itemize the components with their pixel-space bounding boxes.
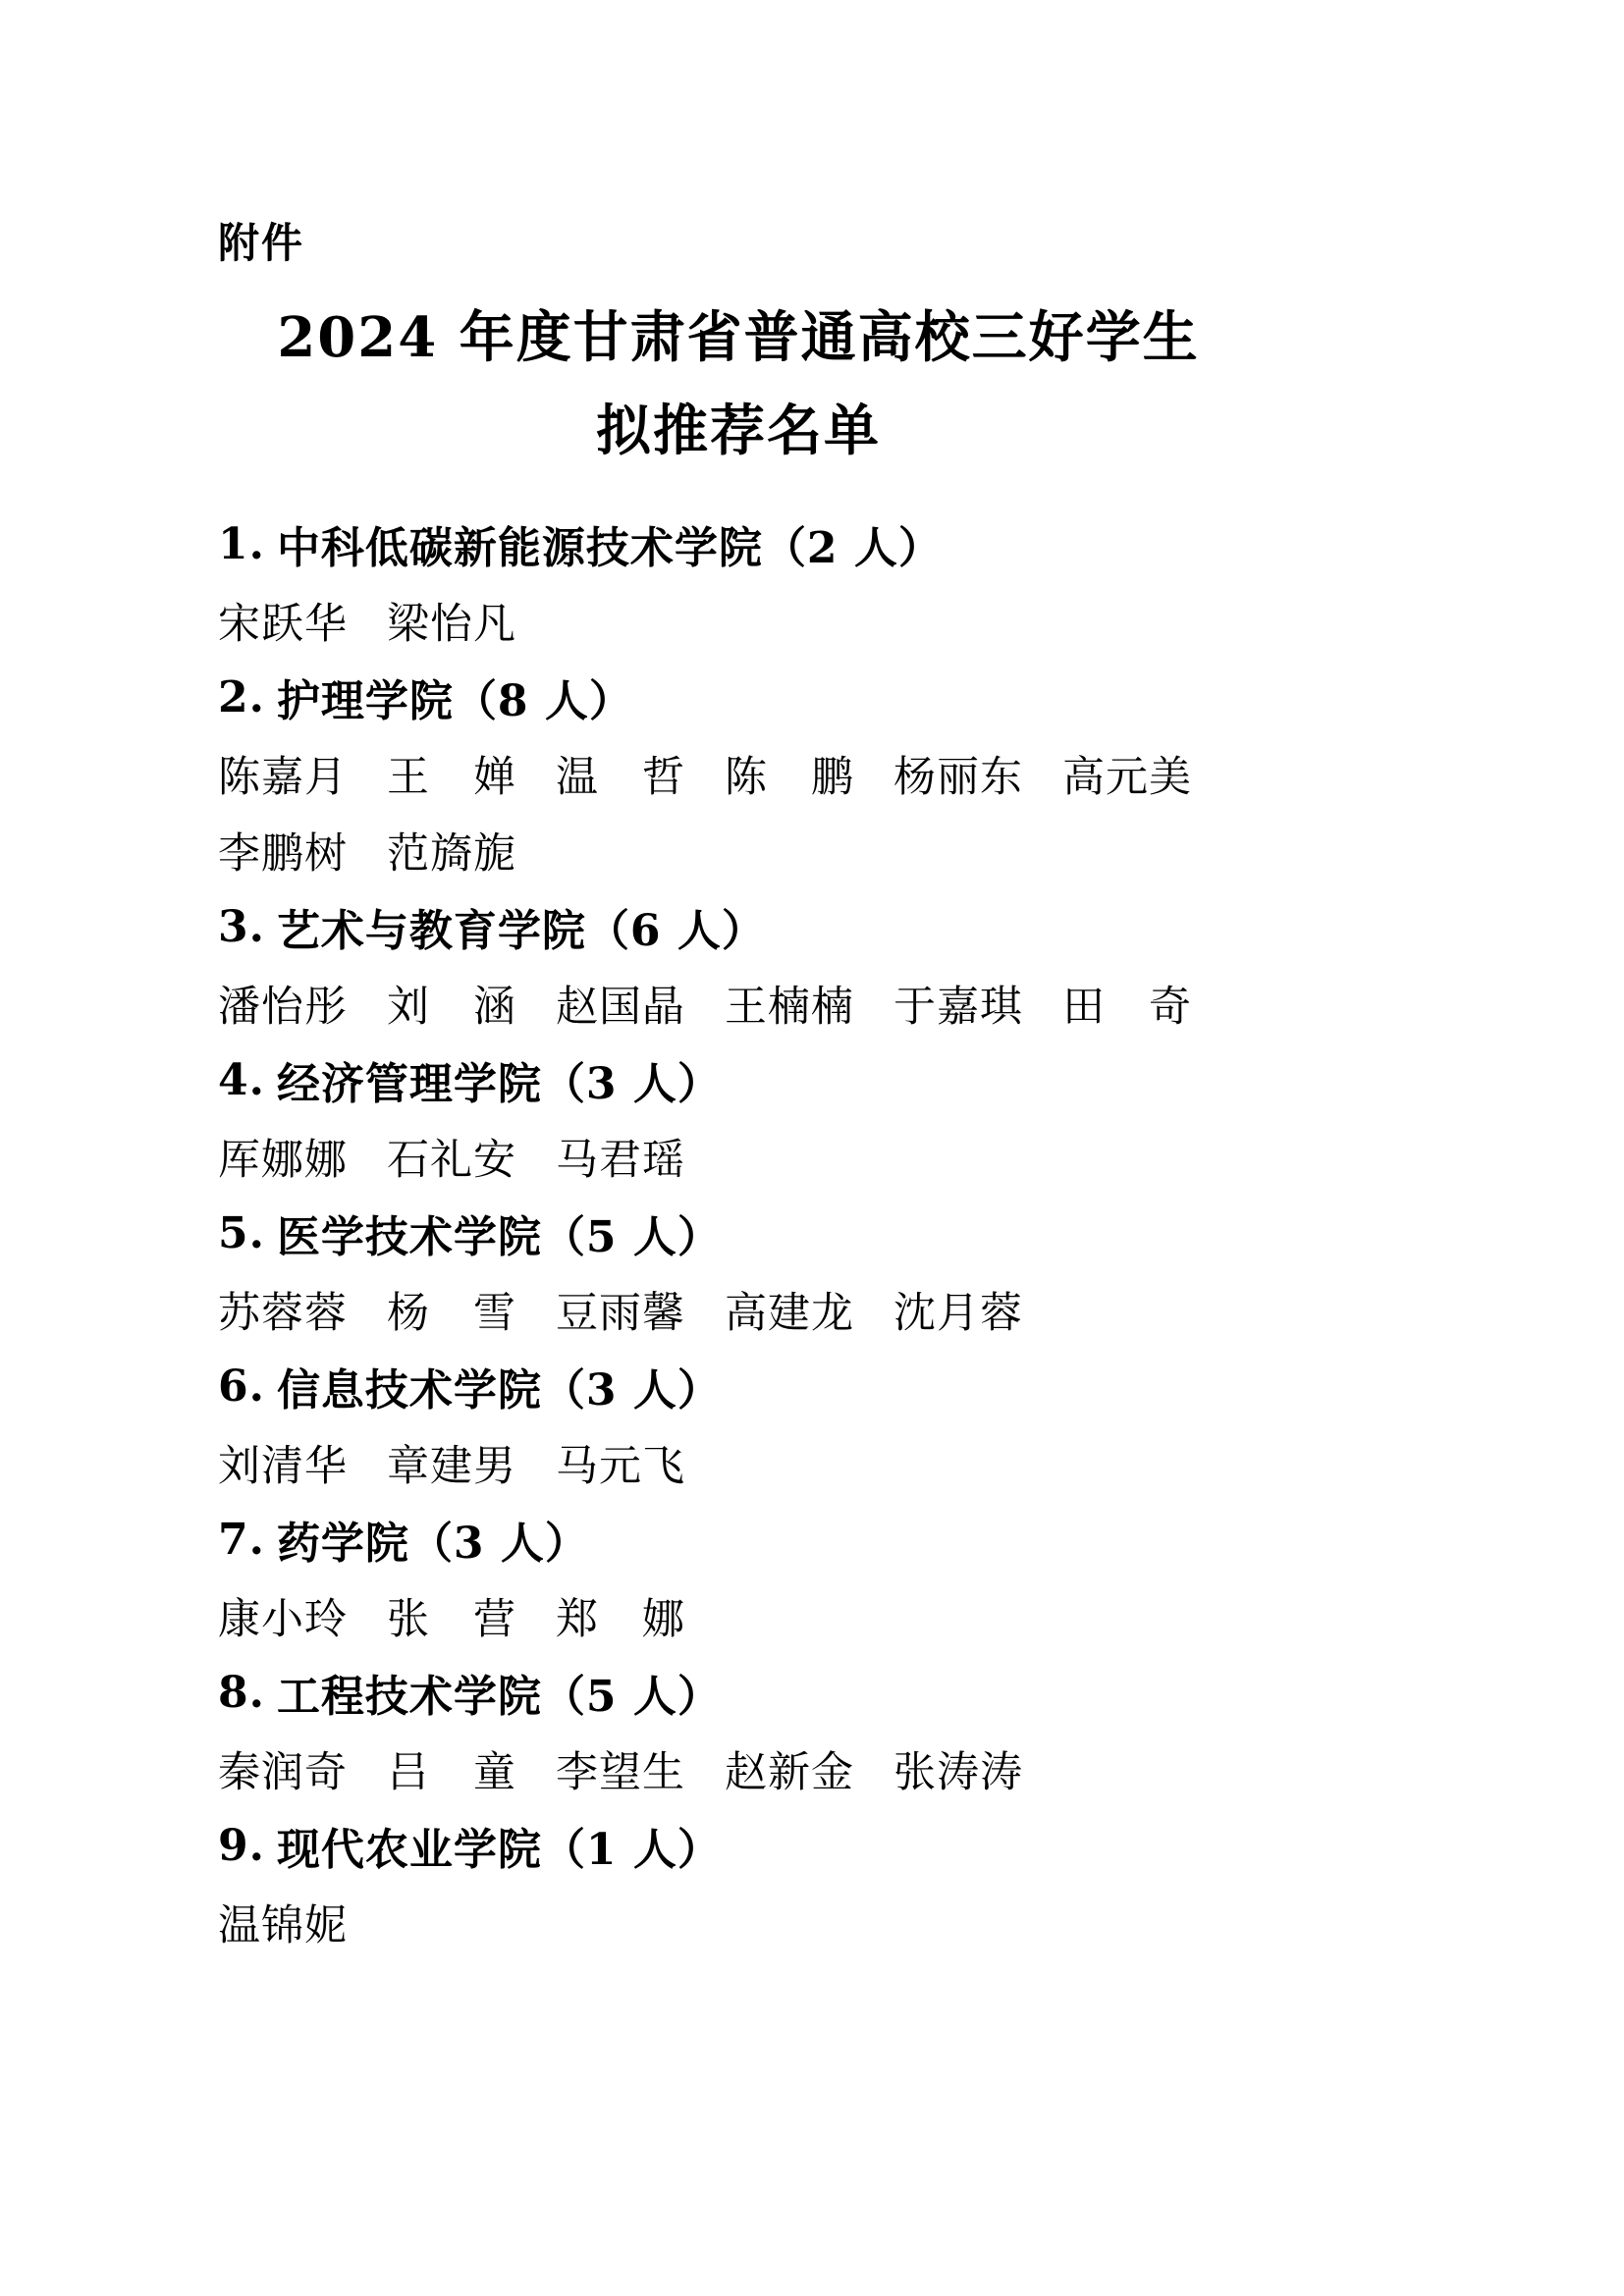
student-name: 郑 娜 bbox=[556, 1586, 685, 1646]
section-name: 医学技术学院 bbox=[277, 1201, 542, 1264]
student-name: 李望生 bbox=[556, 1739, 685, 1799]
student-name: 赵新金 bbox=[725, 1739, 854, 1799]
student-name: 杨丽东 bbox=[893, 744, 1023, 804]
section-name: 现代农业学院 bbox=[277, 1814, 542, 1877]
section-number: 9. bbox=[218, 1821, 265, 1871]
section-name: 信息技术学院 bbox=[277, 1355, 542, 1417]
section-count: （6 人） bbox=[586, 895, 766, 958]
student-name: 梁怡凡 bbox=[387, 591, 516, 651]
student-name: 赵国晶 bbox=[556, 974, 685, 1034]
student-name: 吕 童 bbox=[387, 1739, 516, 1799]
student-name: 刘清华 bbox=[218, 1433, 348, 1493]
section-number: 1. bbox=[218, 519, 265, 569]
student-name: 张涛涛 bbox=[893, 1739, 1023, 1799]
section: 8.工程技术学院（5 人）秦润奇吕 童李望生赵新金张涛涛 bbox=[218, 1654, 1463, 1807]
student-name: 王楠楠 bbox=[725, 974, 854, 1034]
section-header: 7.药学院（3 人） bbox=[218, 1501, 1463, 1577]
section-header: 9.现代农业学院（1 人） bbox=[218, 1807, 1463, 1884]
student-name: 王 婵 bbox=[387, 744, 516, 804]
student-name-row: 秦润奇吕 童李望生赵新金张涛涛 bbox=[218, 1731, 1463, 1807]
section: 5.医学技术学院（5 人）苏蓉蓉杨 雪豆雨馨高建龙沈月蓉 bbox=[218, 1195, 1463, 1348]
section: 4.经济管理学院（3 人）厍娜娜石礼安马君瑶 bbox=[218, 1041, 1463, 1195]
student-name: 康小玲 bbox=[218, 1586, 348, 1646]
student-name: 高建龙 bbox=[725, 1280, 854, 1340]
document-page: 附件 2024 年度甘肃省普通高校三好学生 拟推荐名单 1.中科低碳新能源技术学… bbox=[0, 0, 1624, 2296]
section-number: 6. bbox=[218, 1362, 265, 1412]
student-name: 秦润奇 bbox=[218, 1739, 348, 1799]
student-name: 于嘉琪 bbox=[893, 974, 1023, 1034]
student-name: 李鹏树 bbox=[218, 821, 348, 881]
section: 9.现代农业学院（1 人）温锦妮 bbox=[218, 1807, 1463, 1960]
student-name: 温 哲 bbox=[556, 744, 685, 804]
section-number: 2. bbox=[218, 672, 265, 722]
title-line-2: 拟推荐名单 bbox=[218, 385, 1259, 478]
student-name: 厍娜娜 bbox=[218, 1127, 348, 1187]
student-name: 杨 雪 bbox=[387, 1280, 516, 1340]
section-count: （5 人） bbox=[542, 1661, 722, 1724]
section: 7.药学院（3 人）康小玲张 营郑 娜 bbox=[218, 1501, 1463, 1654]
student-name-row: 温锦妮 bbox=[218, 1884, 1463, 1960]
document-title: 2024 年度甘肃省普通高校三好学生 拟推荐名单 bbox=[218, 292, 1259, 478]
section-count: （5 人） bbox=[542, 1201, 722, 1264]
student-name: 马君瑶 bbox=[556, 1127, 685, 1187]
section-name: 艺术与教育学院 bbox=[277, 895, 586, 958]
section-number: 7. bbox=[218, 1515, 265, 1565]
student-name: 田 奇 bbox=[1062, 974, 1192, 1034]
student-name: 高元美 bbox=[1062, 744, 1192, 804]
section-header: 8.工程技术学院（5 人） bbox=[218, 1654, 1463, 1731]
student-name: 马元飞 bbox=[556, 1433, 685, 1493]
student-name: 张 营 bbox=[387, 1586, 516, 1646]
section: 1.中科低碳新能源技术学院（2 人）宋跃华梁怡凡 bbox=[218, 506, 1463, 659]
student-name: 豆雨馨 bbox=[556, 1280, 685, 1340]
section-header: 1.中科低碳新能源技术学院（2 人） bbox=[218, 506, 1463, 582]
section-header: 4.经济管理学院（3 人） bbox=[218, 1041, 1463, 1118]
student-name-row: 厍娜娜石礼安马君瑶 bbox=[218, 1118, 1463, 1195]
student-name-row: 苏蓉蓉杨 雪豆雨馨高建龙沈月蓉 bbox=[218, 1271, 1463, 1348]
section-count: （1 人） bbox=[542, 1814, 722, 1877]
section-header: 3.艺术与教育学院（6 人） bbox=[218, 888, 1463, 965]
student-name: 潘怡彤 bbox=[218, 974, 348, 1034]
student-name-row: 宋跃华梁怡凡 bbox=[218, 582, 1463, 659]
section-number: 4. bbox=[218, 1055, 265, 1105]
section: 3.艺术与教育学院（6 人）潘怡彤刘 涵赵国晶王楠楠于嘉琪田 奇 bbox=[218, 888, 1463, 1041]
student-name: 刘 涵 bbox=[387, 974, 516, 1034]
section-count: （3 人） bbox=[542, 1048, 722, 1111]
attachment-label: 附件 bbox=[218, 221, 1463, 266]
section-name: 工程技术学院 bbox=[277, 1661, 542, 1724]
student-name: 宋跃华 bbox=[218, 591, 348, 651]
section-header: 2.护理学院（8 人） bbox=[218, 659, 1463, 735]
section-name: 护理学院 bbox=[277, 666, 454, 728]
section-header: 6.信息技术学院（3 人） bbox=[218, 1348, 1463, 1424]
student-name: 苏蓉蓉 bbox=[218, 1280, 348, 1340]
student-name-row: 陈嘉月王 婵温 哲陈 鹏杨丽东高元美 bbox=[218, 735, 1463, 812]
section: 2.护理学院（8 人）陈嘉月王 婵温 哲陈 鹏杨丽东高元美李鹏树范旖旎 bbox=[218, 659, 1463, 888]
student-name: 陈 鹏 bbox=[725, 744, 854, 804]
sections-list: 1.中科低碳新能源技术学院（2 人）宋跃华梁怡凡2.护理学院（8 人）陈嘉月王 … bbox=[218, 506, 1463, 1960]
student-name: 陈嘉月 bbox=[218, 744, 348, 804]
section-count: （3 人） bbox=[409, 1508, 589, 1571]
student-name: 石礼安 bbox=[387, 1127, 516, 1187]
student-name: 章建男 bbox=[387, 1433, 516, 1493]
title-line-1: 2024 年度甘肃省普通高校三好学生 bbox=[218, 292, 1259, 385]
section-number: 8. bbox=[218, 1668, 265, 1718]
student-name-row: 李鹏树范旖旎 bbox=[218, 812, 1463, 888]
section-name: 经济管理学院 bbox=[277, 1048, 542, 1111]
section-count: （2 人） bbox=[763, 512, 943, 575]
section: 6.信息技术学院（3 人）刘清华章建男马元飞 bbox=[218, 1348, 1463, 1501]
section-number: 5. bbox=[218, 1208, 265, 1258]
section-name: 中科低碳新能源技术学院 bbox=[277, 512, 763, 575]
student-name-row: 潘怡彤刘 涵赵国晶王楠楠于嘉琪田 奇 bbox=[218, 965, 1463, 1041]
student-name: 范旖旎 bbox=[387, 821, 516, 881]
section-count: （3 人） bbox=[542, 1355, 722, 1417]
student-name-row: 康小玲张 营郑 娜 bbox=[218, 1577, 1463, 1654]
section-number: 3. bbox=[218, 902, 265, 952]
section-count: （8 人） bbox=[454, 666, 633, 728]
section-header: 5.医学技术学院（5 人） bbox=[218, 1195, 1463, 1271]
section-name: 药学院 bbox=[277, 1508, 409, 1571]
student-name: 温锦妮 bbox=[218, 1893, 348, 1952]
student-name-row: 刘清华章建男马元飞 bbox=[218, 1424, 1463, 1501]
student-name: 沈月蓉 bbox=[893, 1280, 1023, 1340]
